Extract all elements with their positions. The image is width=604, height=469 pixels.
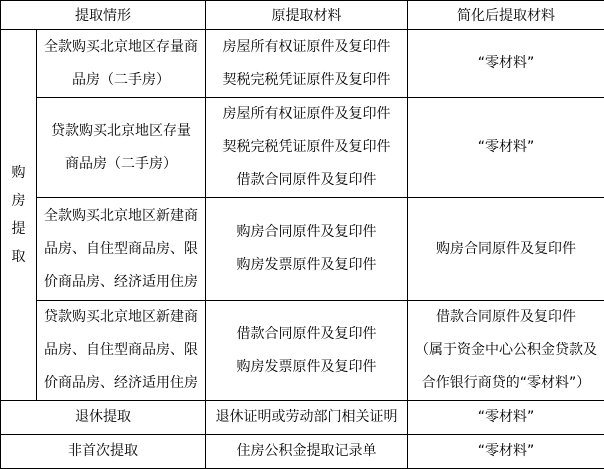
original-materials-cell: 房屋所有权证原件及复印件契税完税凭证原件及复印件借款合同原件及复印件 [206,98,408,198]
cell-line: “零材料” [408,131,604,164]
header-scenario: 提取情形 [1,1,206,30]
header-row: 提取情形 原提取材料 简化后提取材料 [1,1,604,30]
original-materials-cell: 退休证明或劳动部门相关证明 [206,401,408,435]
cell-line: 全款购买北京地区存量商 [37,31,205,64]
cell-line: 贷款购买北京地区存量 [37,115,205,148]
page: 提取情形 原提取材料 简化后提取材料 购房提取 全款购买北京地区存量商品房（二手… [0,0,604,453]
cell-line: 契税完税凭证原件及复印件 [206,131,407,164]
scenario-cell: 退休提取 [1,401,206,435]
cell-line: 贷款购买北京地区新建商 [37,301,205,334]
cell-line: 借款合同原件及复印件 [206,318,407,351]
cell-line: 购房发票原件及复印件 [206,249,407,282]
cell-line: “零材料” [408,47,604,80]
cell-line: 品房、自住型商品房、限 [37,233,205,266]
table-row: 非首次提取 住房公积金提取记录单 “零材料” [1,435,604,469]
table-row: 全款购买北京地区新建商品房、自住型商品房、限价商品房、经济适用住房 购房合同原件… [1,198,604,301]
cell-line: 提 [1,215,36,243]
cell-line: 品房（二手房） [37,64,205,97]
header-simplified-materials: 简化后提取材料 [408,1,604,30]
simplified-materials-cell: “零材料” [408,435,604,469]
cell-line: 房屋所有权证原件及复印件 [206,98,407,131]
simplified-materials-cell: 购房合同原件及复印件 [408,198,604,301]
scenario-cell: 贷款购买北京地区新建商品房、自住型商品房、限价商品房、经济适用住房 [37,301,206,401]
withdrawal-materials-table: 提取情形 原提取材料 简化后提取材料 购房提取 全款购买北京地区存量商品房（二手… [0,0,604,469]
cell-line: 取 [1,243,36,271]
original-materials-cell: 借款合同原件及复印件购房发票原件及复印件 [206,301,408,401]
cell-line: 房 [1,187,36,215]
cell-line: 购房合同原件及复印件 [408,233,604,266]
cell-line: 全款购买北京地区新建商 [37,200,205,233]
original-materials-cell: 购房合同原件及复印件购房发票原件及复印件 [206,198,408,301]
cell-line: 退休证明或劳动部门相关证明 [206,401,407,434]
original-materials-cell: 房屋所有权证原件及复印件契税完税凭证原件及复印件 [206,30,408,98]
group-label-house-purchase: 购房提取 [1,30,37,401]
scenario-cell: 非首次提取 [1,435,206,469]
cell-line: 商品房（二手房） [37,148,205,181]
cell-line: 购 [1,159,36,187]
cell-line: 借款合同原件及复印件 [206,164,407,197]
cell-line: 价商品房、经济适用住房 [37,367,205,400]
cell-line: 购房合同原件及复印件 [206,216,407,249]
scenario-cell: 贷款购买北京地区存量商品房（二手房） [37,98,206,198]
simplified-materials-cell: “零材料” [408,401,604,435]
scenario-cell: 全款购买北京地区存量商品房（二手房） [37,30,206,98]
table-row: 退休提取 退休证明或劳动部门相关证明 “零材料” [1,401,604,435]
simplified-materials-cell: 借款合同原件及复印件（属于资金中心公积金贷款及合作银行商贷的“零材料”） [408,301,604,401]
cell-line: 退休提取 [1,401,205,434]
scenario-cell: 全款购买北京地区新建商品房、自住型商品房、限价商品房、经济适用住房 [37,198,206,301]
cell-line: 品房、自住型商品房、限 [37,334,205,367]
cell-line: “零材料” [408,435,604,468]
cell-line: 非首次提取 [1,435,205,468]
cell-line: 住房公积金提取记录单 [206,435,407,468]
cell-line: “零材料” [408,401,604,434]
table-row: 贷款购买北京地区存量商品房（二手房） 房屋所有权证原件及复印件契税完税凭证原件及… [1,98,604,198]
cell-line: 购房发票原件及复印件 [206,351,407,384]
original-materials-cell: 住房公积金提取记录单 [206,435,408,469]
cell-line: 借款合同原件及复印件 [408,301,604,334]
table-row: 购房提取 全款购买北京地区存量商品房（二手房） 房屋所有权证原件及复印件契税完税… [1,30,604,98]
vertical-label: 购房提取 [1,159,36,271]
table-row: 贷款购买北京地区新建商品房、自住型商品房、限价商品房、经济适用住房 借款合同原件… [1,301,604,401]
cell-line: （属于资金中心公积金贷款及 [408,334,604,367]
simplified-materials-cell: “零材料” [408,98,604,198]
header-original-materials: 原提取材料 [206,1,408,30]
simplified-materials-cell: “零材料” [408,30,604,98]
cell-line: 契税完税凭证原件及复印件 [206,64,407,97]
cell-line: 合作银行商贷的“零材料”） [408,367,604,400]
cell-line: 价商品房、经济适用住房 [37,266,205,299]
cell-line: 房屋所有权证原件及复印件 [206,31,407,64]
